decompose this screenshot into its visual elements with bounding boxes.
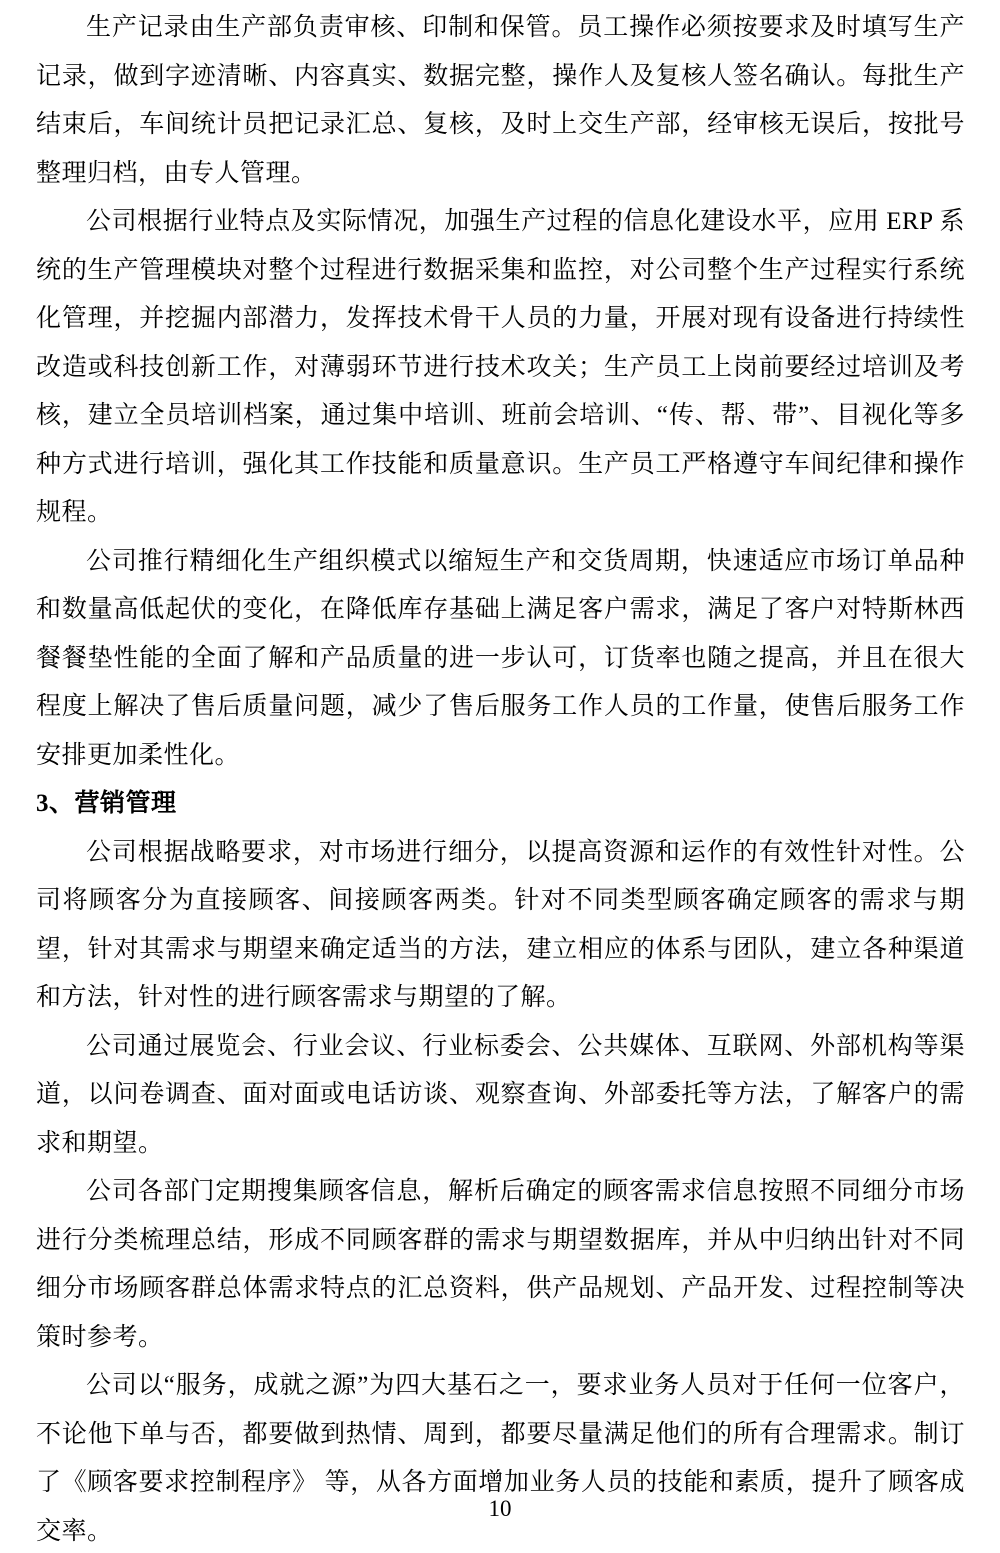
page-number: 10 xyxy=(0,1497,1000,1520)
paragraph-erp-training: 公司根据行业特点及实际情况，加强生产过程的信息化建设水平，应用 ERP 系统的生… xyxy=(36,198,965,538)
paragraph-service-principle: 公司以“服务，成就之源”为四大基石之一，要求业务人员对于任何一位客户，不论他下单… xyxy=(36,1362,965,1553)
section-heading-marketing-management: 3、营销管理 xyxy=(36,780,965,829)
document-body: 生产记录由生产部负责审核、印制和保管。员工操作必须按要求及时填写生产记录，做到字… xyxy=(36,4,965,1553)
paragraph-production-records: 生产记录由生产部负责审核、印制和保管。员工操作必须按要求及时填写生产记录，做到字… xyxy=(36,4,965,198)
paragraph-customer-channels: 公司通过展览会、行业会议、行业标委会、公共媒体、互联网、外部机构等渠道，以问卷调… xyxy=(36,1023,965,1169)
paragraph-customer-info-database: 公司各部门定期搜集顾客信息，解析后确定的顾客需求信息按照不同细分市场进行分类梳理… xyxy=(36,1168,965,1362)
paragraph-market-segmentation: 公司根据战略要求，对市场进行细分，以提高资源和运作的有效性针对性。公司将顾客分为… xyxy=(36,829,965,1023)
document-page: 生产记录由生产部负责审核、印制和保管。员工操作必须按要求及时填写生产记录，做到字… xyxy=(0,0,1000,1553)
paragraph-lean-production: 公司推行精细化生产组织模式以缩短生产和交货周期，快速适应市场订单品种和数量高低起… xyxy=(36,538,965,781)
